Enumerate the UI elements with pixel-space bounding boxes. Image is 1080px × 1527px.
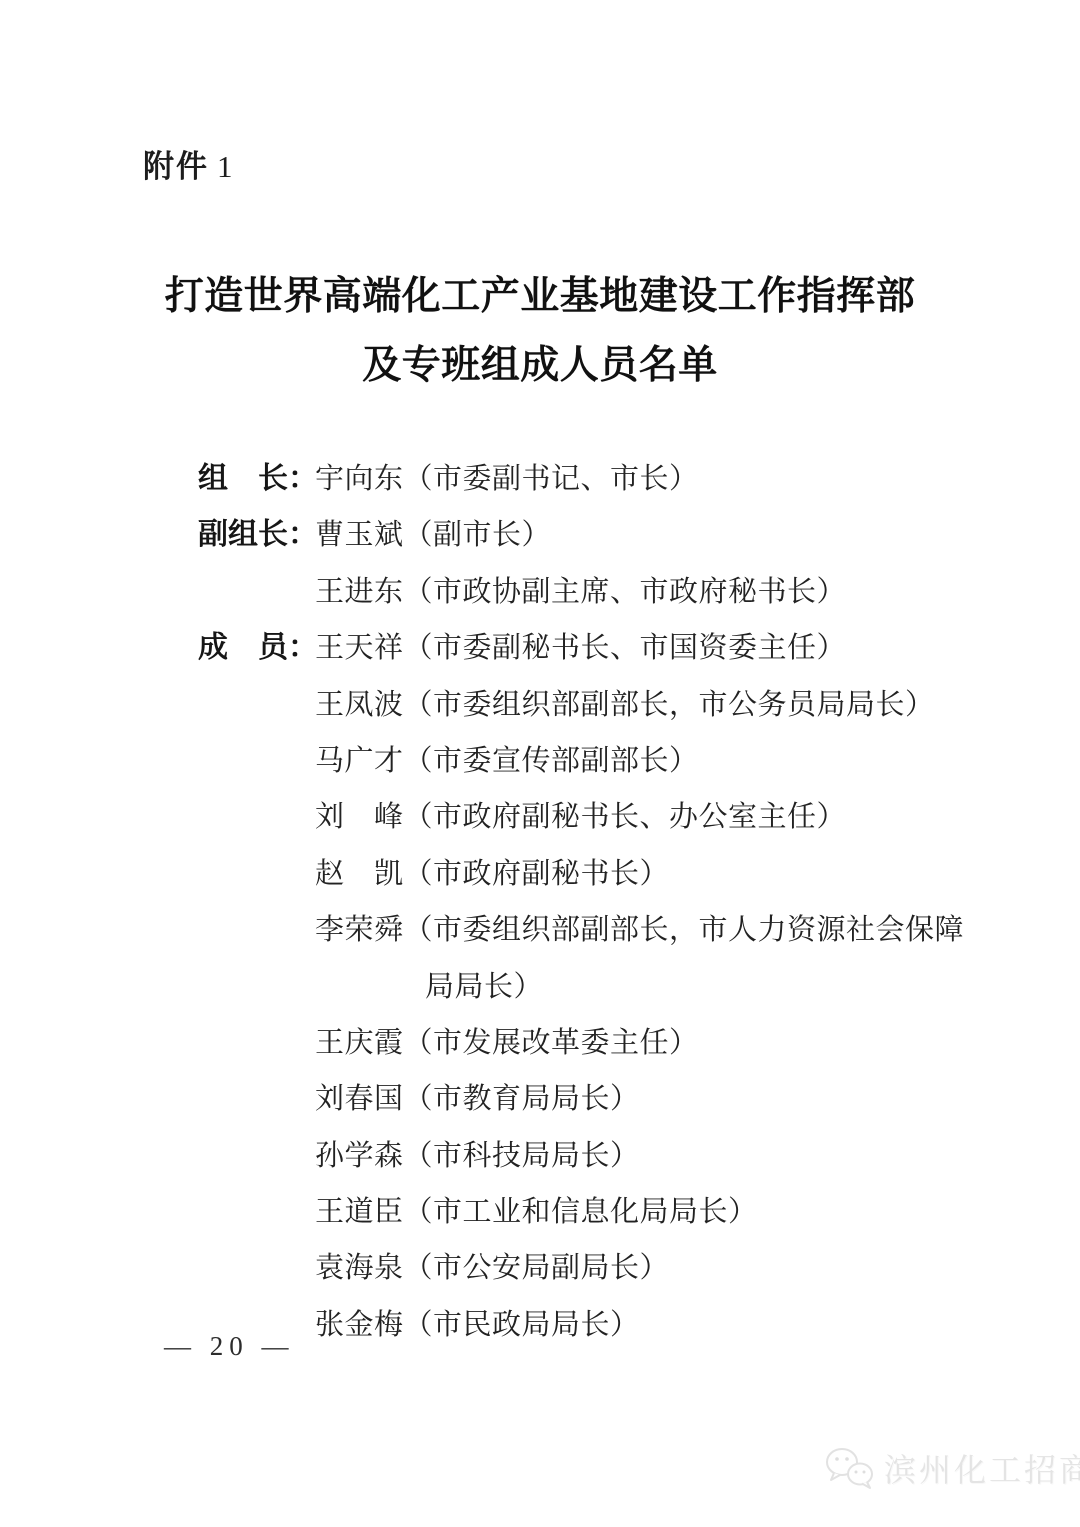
roster-line: 王庆霞（市发展改革委主任） bbox=[198, 1015, 964, 1071]
page-number: — 20 — bbox=[164, 1331, 295, 1362]
roster-line: 李荣舜（市委组织部副部长，市人力资源社会保障 bbox=[198, 902, 964, 958]
watermark-text: 滨州化工招商 bbox=[884, 1445, 1080, 1491]
member-text: 李荣舜（市委组织部副部长，市人力资源社会保障 bbox=[315, 914, 964, 946]
document-title-line2: 及专班组成人员名单 bbox=[0, 331, 1080, 400]
member-text: 王凤波（市委组织部副部长，市公务员局局长） bbox=[315, 689, 935, 721]
role-label: 组 长： bbox=[198, 451, 315, 507]
roster-line: 成 员：王天祥（市委副秘书长、市国资委主任） bbox=[198, 620, 964, 676]
member-text: 王天祥（市委副秘书长、市国资委主任） bbox=[315, 632, 846, 664]
document-page: 附件1 打造世界高端化工产业基地建设工作指挥部 及专班组成人员名单 组 长：宇向… bbox=[0, 0, 1080, 1527]
member-text: 赵 凯（市政府副秘书长） bbox=[315, 858, 669, 890]
document-title: 打造世界高端化工产业基地建设工作指挥部 及专班组成人员名单 bbox=[0, 262, 1080, 400]
member-text: 局局长） bbox=[425, 971, 543, 1003]
role-label: 成 员： bbox=[198, 620, 315, 676]
roster-line: 马广才（市委宣传部副部长） bbox=[198, 733, 964, 789]
roster-line: 袁海泉（市公安局副局长） bbox=[198, 1240, 964, 1296]
attachment-heading: 附件1 bbox=[143, 148, 233, 186]
document-title-line1: 打造世界高端化工产业基地建设工作指挥部 bbox=[0, 262, 1080, 331]
member-text: 王进东（市政协副主席、市政府秘书长） bbox=[315, 576, 846, 608]
member-text: 曹玉斌（副市长） bbox=[315, 519, 551, 551]
watermark: 滨州化工招商 bbox=[824, 1445, 1080, 1491]
member-text: 刘春国（市教育局局长） bbox=[315, 1083, 640, 1115]
member-text: 宇向东（市委副书记、市长） bbox=[315, 463, 699, 495]
roster-line: 刘春国（市教育局局长） bbox=[198, 1071, 964, 1127]
roster-line: 副组长：曹玉斌（副市长） bbox=[198, 507, 964, 563]
roster-line: 王道臣（市工业和信息化局局长） bbox=[198, 1184, 964, 1240]
member-text: 王庆霞（市发展改革委主任） bbox=[315, 1027, 699, 1059]
roster-line: 刘 峰（市政府副秘书长、办公室主任） bbox=[198, 789, 964, 845]
attachment-number: 1 bbox=[217, 149, 233, 184]
roster-line: 张金梅（市民政局局长） bbox=[198, 1297, 964, 1353]
roster: 组 长：宇向东（市委副书记、市长）副组长：曹玉斌（副市长）王进东（市政协副主席、… bbox=[198, 451, 964, 1353]
roster-line: 王凤波（市委组织部副部长，市公务员局局长） bbox=[198, 677, 964, 733]
wechat-icon bbox=[824, 1445, 876, 1491]
roster-line: 组 长：宇向东（市委副书记、市长） bbox=[198, 451, 964, 507]
member-text: 马广才（市委宣传部副部长） bbox=[315, 745, 699, 777]
member-text: 孙学森（市科技局局长） bbox=[315, 1140, 640, 1172]
roster-line: 局局长） bbox=[198, 959, 964, 1015]
roster-line: 孙学森（市科技局局长） bbox=[198, 1128, 964, 1184]
attachment-label: 附件 bbox=[143, 149, 209, 184]
member-text: 刘 峰（市政府副秘书长、办公室主任） bbox=[315, 801, 846, 833]
member-text: 张金梅（市民政局局长） bbox=[315, 1309, 640, 1341]
member-text: 袁海泉（市公安局副局长） bbox=[315, 1252, 669, 1284]
member-text: 王道臣（市工业和信息化局局长） bbox=[315, 1196, 758, 1228]
roster-line: 赵 凯（市政府副秘书长） bbox=[198, 846, 964, 902]
role-label: 副组长： bbox=[198, 507, 315, 563]
roster-line: 王进东（市政协副主席、市政府秘书长） bbox=[198, 564, 964, 620]
